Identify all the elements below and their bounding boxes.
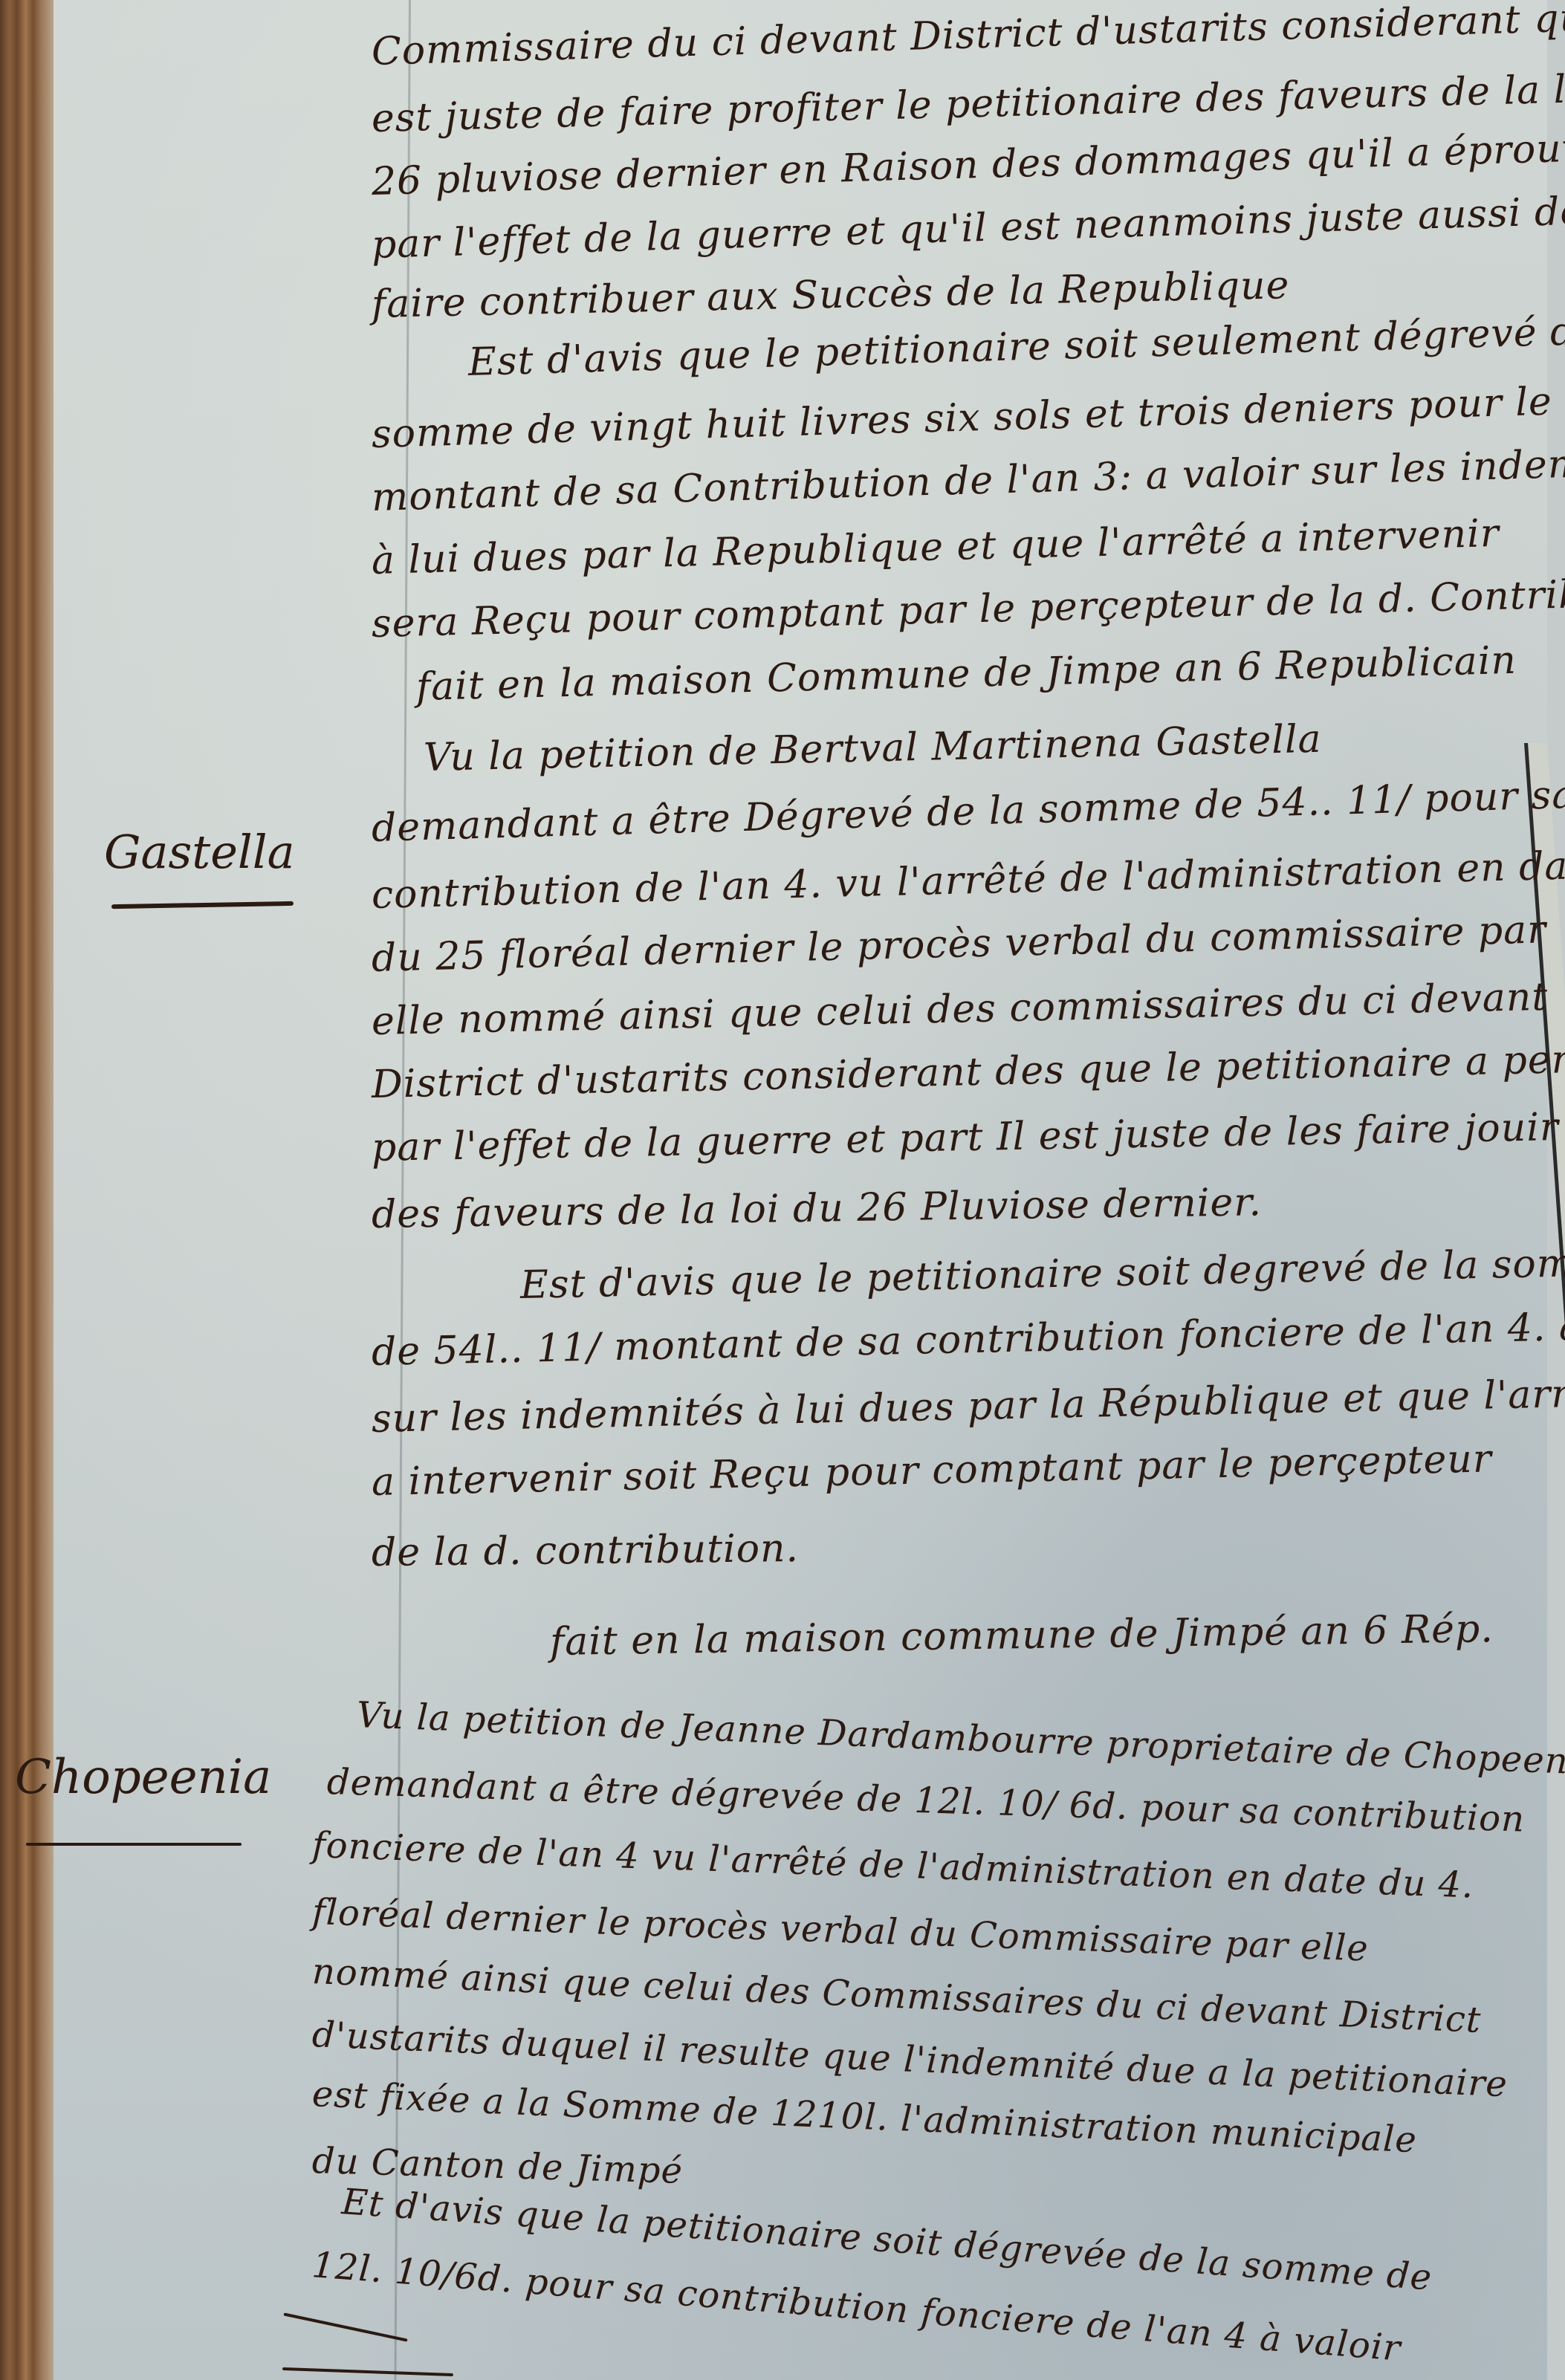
margin-label-underline [26, 1843, 242, 1846]
margin-label-gastella: Gastella [104, 825, 295, 879]
text-line: de la d. contribution. [372, 1526, 800, 1575]
book-binding [0, 0, 54, 2380]
margin-label-chopeenia: Chopeenia [15, 1750, 271, 1805]
